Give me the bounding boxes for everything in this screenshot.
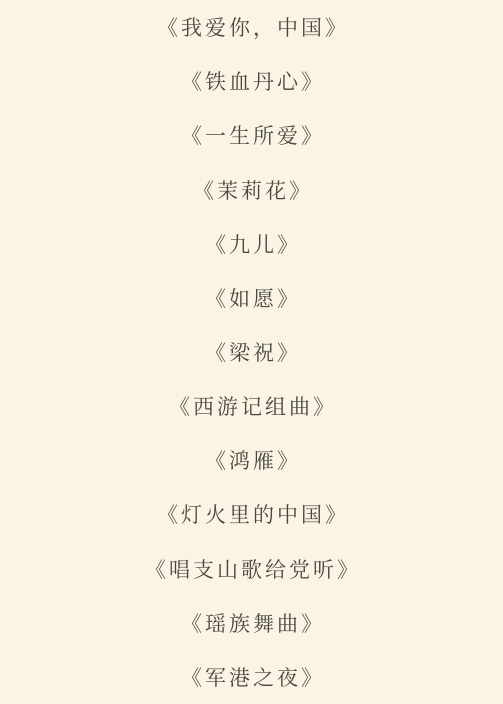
list-item: 《铁血丹心》: [0, 54, 503, 108]
list-item: 《如愿》: [0, 271, 503, 325]
list-item: 《军港之夜》: [0, 650, 503, 704]
list-item: 《九儿》: [0, 217, 503, 271]
song-title: 《唱支山歌给党听》: [142, 554, 361, 584]
list-item: 《西游记组曲》: [0, 379, 503, 433]
song-title: 《瑶族舞曲》: [178, 608, 325, 638]
list-item: 《灯火里的中国》: [0, 487, 503, 541]
song-title: 《军港之夜》: [178, 662, 325, 692]
song-title: 《九儿》: [202, 229, 301, 259]
list-item: 《唱支山歌给党听》: [0, 542, 503, 596]
song-title-list: 《我爱你，中国》 《铁血丹心》 《一生所爱》 《茉莉花》 《九儿》 《如愿》 《…: [0, 0, 503, 704]
song-title: 《我爱你，中国》: [154, 12, 349, 42]
list-item: 《茉莉花》: [0, 162, 503, 216]
list-item: 《一生所爱》: [0, 108, 503, 162]
list-item: 《鸿雁》: [0, 433, 503, 487]
song-title: 《鸿雁》: [202, 445, 301, 475]
song-title: 《灯火里的中国》: [154, 499, 349, 529]
song-title: 《梁祝》: [202, 337, 301, 367]
list-item: 《梁祝》: [0, 325, 503, 379]
song-title: 《西游记组曲》: [166, 391, 337, 421]
list-item: 《我爱你，中国》: [0, 0, 503, 54]
song-title: 《如愿》: [202, 283, 301, 313]
list-item: 《瑶族舞曲》: [0, 596, 503, 650]
song-title: 《一生所爱》: [178, 120, 325, 150]
song-title: 《铁血丹心》: [178, 66, 325, 96]
song-title: 《茉莉花》: [190, 175, 313, 205]
